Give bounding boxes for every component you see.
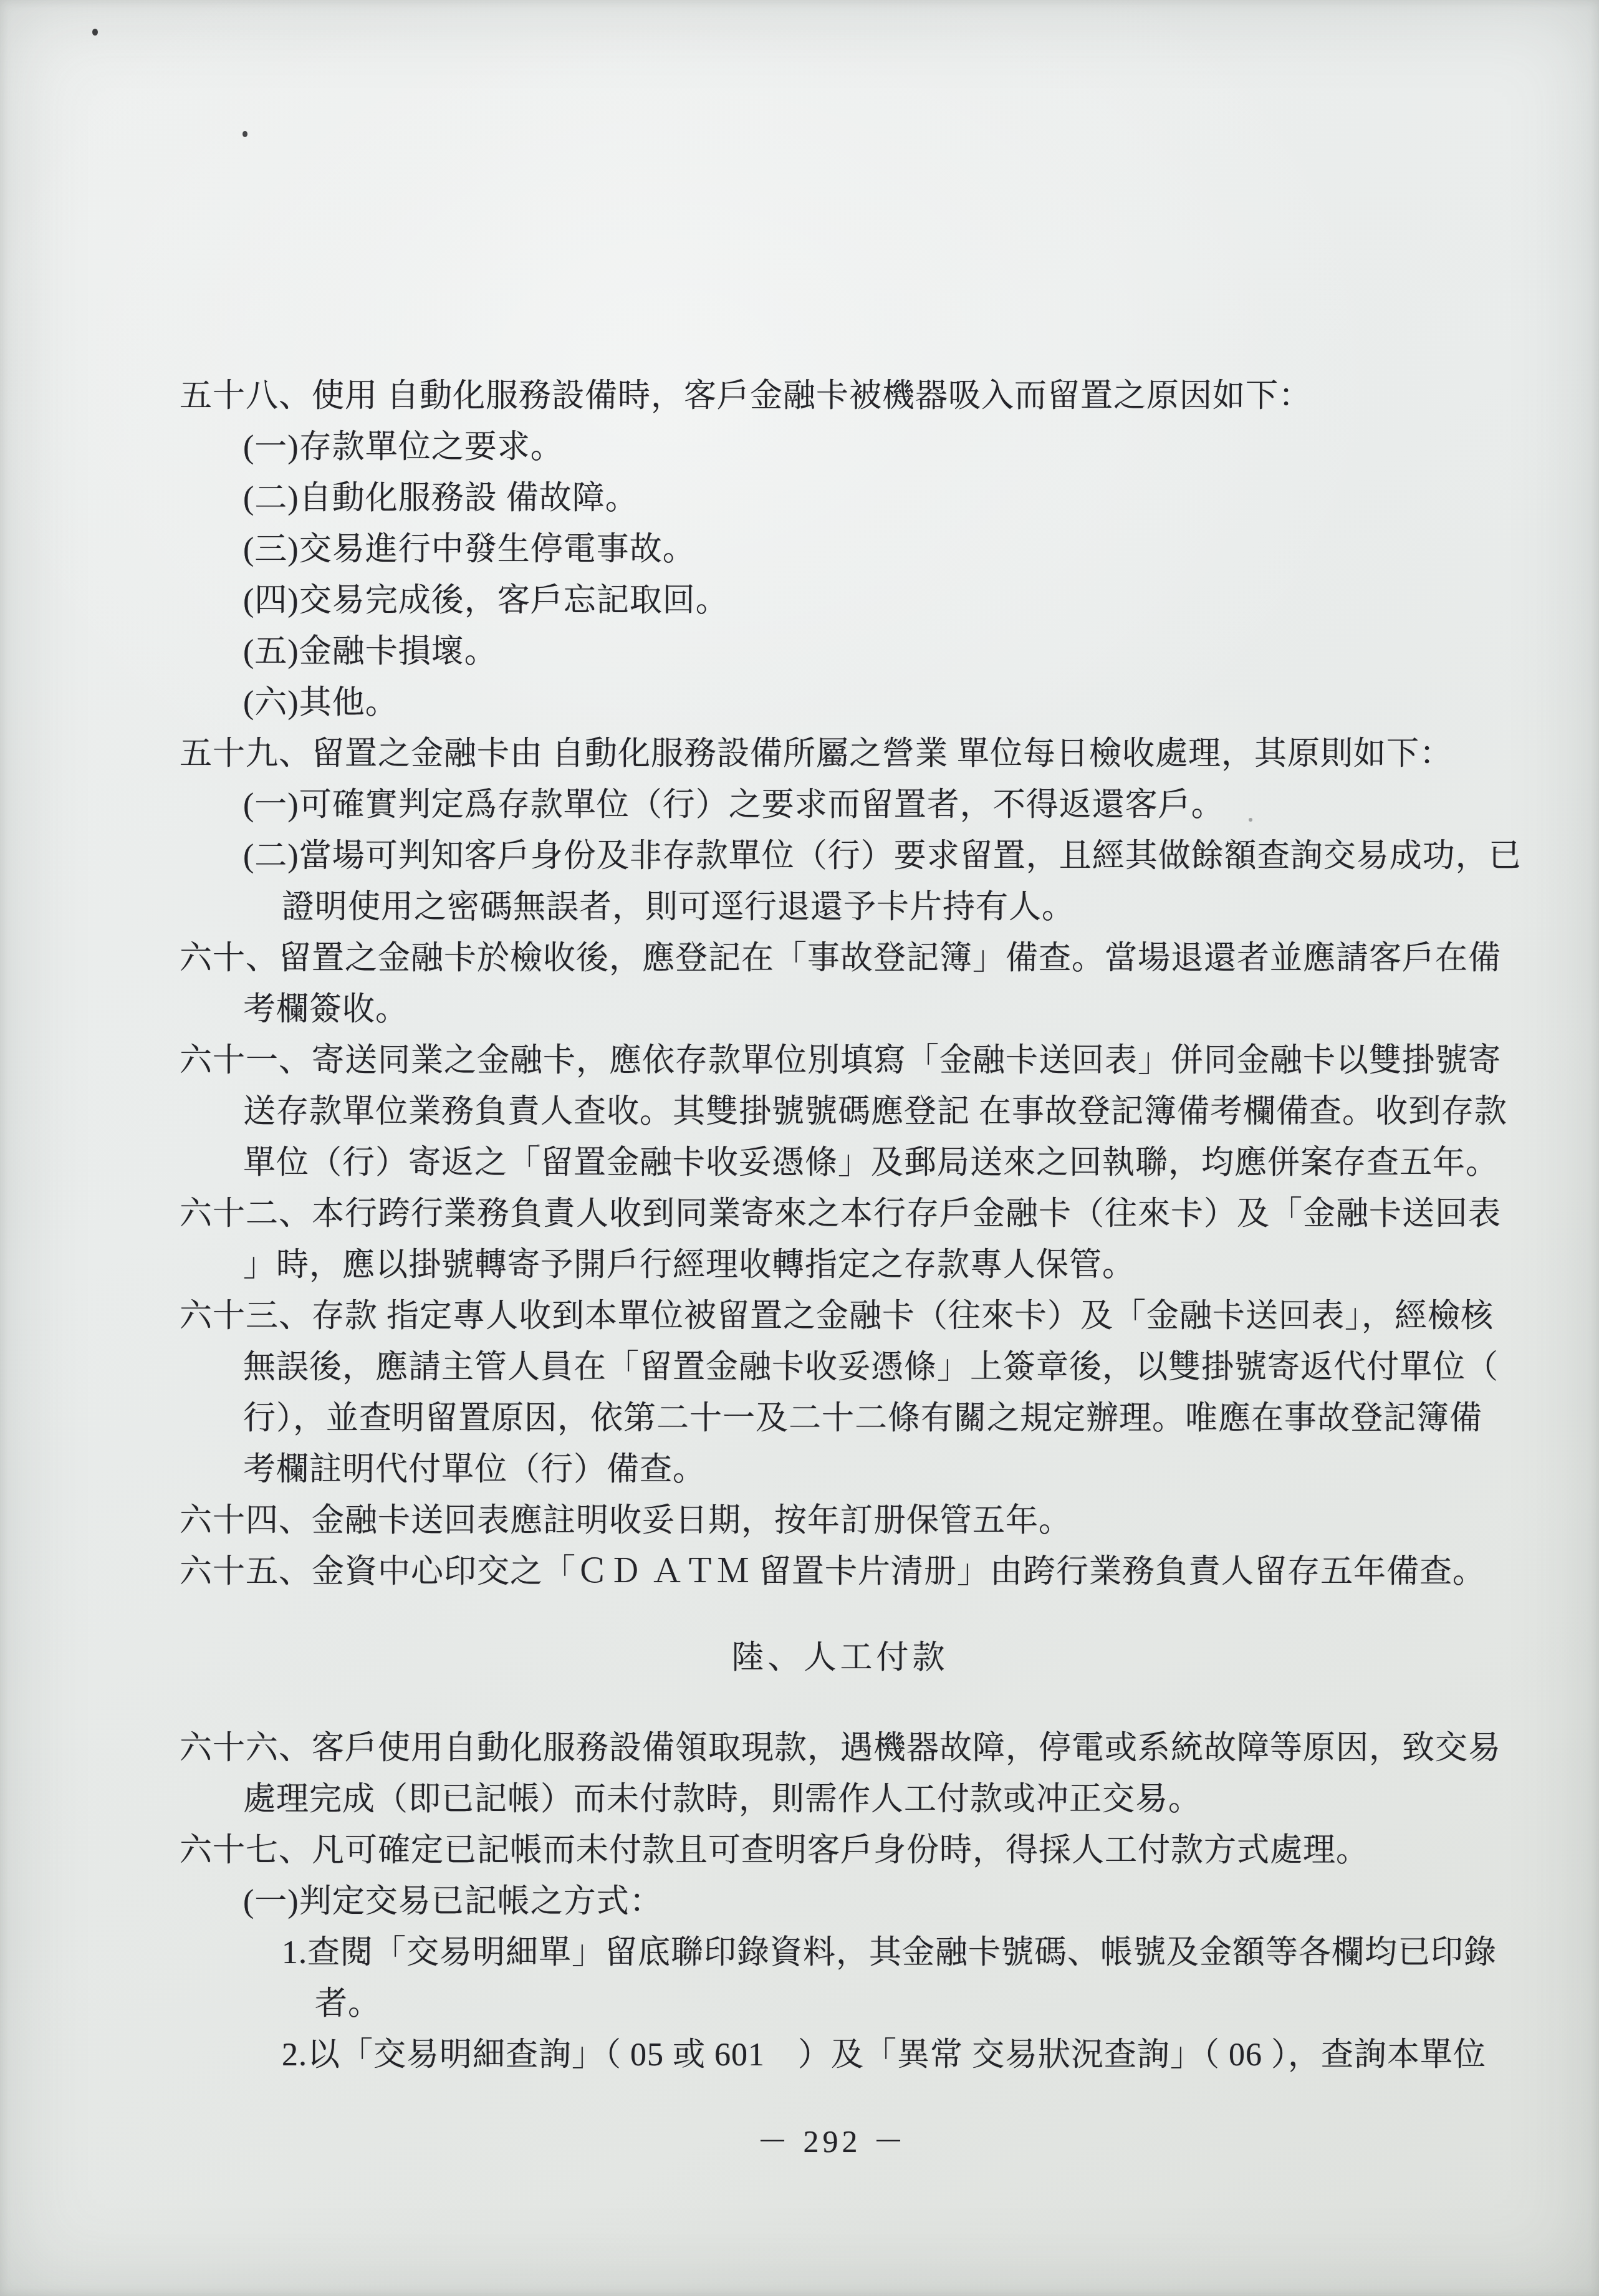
document-body-text: 五十八、使用 自動化服務設備時，客戶金融卡被機器吸入而留置之原因如下：(一)存款… (0, 371, 1599, 2081)
text-line: 六十二、本行跨行業務負責人收到同業寄來之本行存戶金融卡（往來卡）及「金融卡送回表 (0, 1189, 1599, 1240)
text-line: 六十七、凡可確定已記帳而未付款且可查明客戶身份時，得採人工付款方式處理。 (0, 1825, 1599, 1876)
text-line: 單位（行）寄返之「留置金融卡收妥憑條」及郵局送來之回執聯，均應併案存查五年。 (0, 1138, 1599, 1189)
text-line: 考欄簽收。 (0, 984, 1599, 1035)
text-line: 六十四、金融卡送回表應註明收妥日期，按年訂册保管五年。 (0, 1496, 1599, 1547)
page-number: － 292 － (0, 2116, 1599, 2167)
text-line: 」時，應以掛號轉寄予開戶行經理收轉指定之存款專人保管。 (0, 1240, 1599, 1291)
text-line: 2.以「交易明細查詢」（ 05 或 601 ）及「異常 交易狀況查詢」（ 06 … (0, 2030, 1599, 2081)
text-line: 六十一、寄送同業之金融卡，應依存款單位別填寫「金融卡送回表」併同金融卡以雙掛號寄 (0, 1035, 1599, 1087)
text-line: (四)交易完成後，客戶忘記取回。 (0, 575, 1599, 627)
text-line: 六十、留置之金融卡於檢收後，應登記在「事故登記簿」備查。當場退還者並應請客戶在備 (0, 933, 1599, 984)
text-line: 考欄註明代付單位（行）備查。 (0, 1444, 1599, 1496)
text-line: 六十六、客戶使用自動化服務設備領取現款，遇機器故障，停電或系統故障等原因，致交易 (0, 1723, 1599, 1774)
section-heading: 陸、人工付款 (0, 1633, 1599, 1684)
text-line: 六十五、金資中心印交之「ＣＤ ＡＴＭ 留置卡片清册」由跨行業務負責人留存五年備查… (0, 1547, 1599, 1598)
text-line: 五十八、使用 自動化服務設備時，客戶金融卡被機器吸入而留置之原因如下： (0, 371, 1599, 422)
text-line: (五)金融卡損壞。 (0, 627, 1599, 678)
text-line: 行），並查明留置原因，依第二十一及二十二條有關之規定辦理。唯應在事故登記簿備 (0, 1393, 1599, 1444)
text-line: (六)其他。 (0, 678, 1599, 729)
text-line: 者。 (0, 1979, 1599, 2030)
text-line: 無誤後，應請主管人員在「留置金融卡收妥憑條」上簽章後，以雙掛號寄返代付單位（ (0, 1342, 1599, 1393)
text-line: (二)自動化服務設 備故障。 (0, 473, 1599, 524)
text-line: 1.查閱「交易明細單」留底聯印錄資料，其金融卡號碼、帳號及金額等各欄均已印錄 (0, 1928, 1599, 1979)
text-line: (一)可確實判定爲存款單位（行）之要求而留置者，不得返還客戶。 (0, 780, 1599, 831)
text-line: (三)交易進行中發生停電事故。 (0, 524, 1599, 575)
text-line: 六十三、存款 指定專人收到本單位被留置之金融卡（往來卡）及「金融卡送回表」，經檢… (0, 1291, 1599, 1342)
document-page: 五十八、使用 自動化服務設備時，客戶金融卡被機器吸入而留置之原因如下：(一)存款… (0, 0, 1599, 2296)
text-line: 送存款單位業務負責人查收。其雙掛號號碼應登記 在事故登記簿備考欄備查。收到存款 (0, 1087, 1599, 1138)
text-line: (一)判定交易已記帳之方式： (0, 1876, 1599, 1928)
ink-speck (242, 131, 247, 137)
text-line: (二)當場可判知客戶身份及非存款單位（行）要求留置，且經其做餘額查詢交易成功，已 (0, 831, 1599, 882)
text-line: 處理完成（即已記帳）而未付款時，則需作人工付款或冲正交易。 (0, 1774, 1599, 1825)
text-line: 證明使用之密碼無誤者，則可逕行退還予卡片持有人。 (0, 882, 1599, 933)
ink-speck (92, 29, 98, 36)
text-line: (一)存款單位之要求。 (0, 422, 1599, 473)
text-line: 五十九、留置之金融卡由 自動化服務設備所屬之營業 單位每日檢收處理，其原則如下： (0, 729, 1599, 780)
